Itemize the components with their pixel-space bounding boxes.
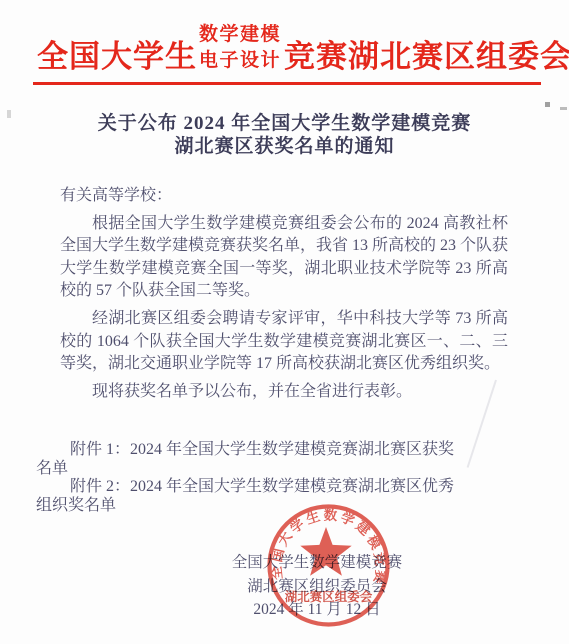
scan-artifact-dot [545, 102, 550, 107]
document-title: 关于公布 2024 年全国大学生数学建模竞赛 湖北赛区获奖名单的通知 [0, 112, 569, 158]
letterhead-divider-rule [33, 82, 541, 85]
official-seal: 全国大学生数学建模竞赛 湖北赛区组委会 [264, 501, 393, 630]
letterhead-stacked-names: 数学建模 电子设计 [199, 22, 281, 73]
attachment-item-1: 附件 1：2024 年全国大学生数学建模竞赛湖北赛区获奖名单 [36, 441, 460, 478]
seal-center-text: 湖北赛区组委会 [285, 589, 373, 604]
document-title-line1: 关于公布 2024 年全国大学生数学建模竞赛 [0, 112, 569, 135]
scanned-notice-document: 全国大学生 数学建模 电子设计 竞赛湖北赛区组委会 关于公布 2024 年全国大… [0, 0, 569, 644]
letterhead-stacked-top: 数学建模 [199, 22, 281, 48]
body-paragraph-1: 根据全国大学生数学建模竞赛组委会公布的 2024 高教社杯全国大学生数学建模竞赛… [60, 213, 508, 303]
star-icon [300, 527, 351, 576]
attachment-list: 附件 1：2024 年全国大学生数学建模竞赛湖北赛区获奖名单 附件 2：2024… [36, 441, 460, 515]
letterhead-suffix: 竞赛湖北赛区组委会 [284, 41, 569, 74]
letterhead-prefix: 全国大学生 [37, 41, 197, 74]
scan-artifact-dash [560, 107, 567, 110]
body-paragraph-2: 经湖北赛区组委会聘请专家评审，华中科技大学等 73 所高校的 1064 个队获全… [60, 308, 508, 376]
scan-artifact-edge-mark [7, 110, 11, 118]
document-body: 有关高等学校： 根据全国大学生数学建模竞赛组委会公布的 2024 高教社杯全国大… [60, 185, 508, 403]
attachment-item-2: 附件 2：2024 年全国大学生数学建模竞赛湖北赛区优秀组织奖名单 [36, 478, 460, 515]
body-paragraph-3: 现将获奖名单予以公布，并在全省进行表彰。 [60, 381, 508, 404]
document-title-line2: 湖北赛区获奖名单的通知 [0, 135, 569, 158]
letterhead-stacked-bottom: 电子设计 [199, 48, 281, 74]
letterhead-banner: 全国大学生 数学建模 电子设计 竞赛湖北赛区组委会 [37, 22, 569, 73]
salutation: 有关高等学校： [60, 185, 508, 208]
